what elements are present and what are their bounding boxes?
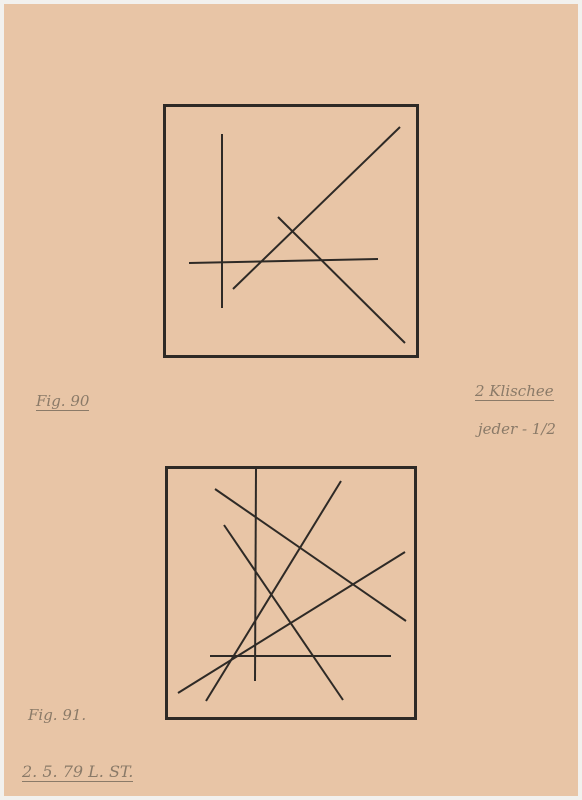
fig91-lines: [178, 468, 406, 701]
fig91-label: Fig. 91.: [28, 706, 86, 724]
annotation-bottom: 2. 5. 79 L. ST.: [22, 762, 133, 781]
fig90-lines: [189, 127, 405, 343]
annotation-right-top: 2 Klischee: [475, 382, 554, 400]
fig90-label: Fig. 90: [36, 392, 89, 410]
annotation-right-bottom: jeder - 1/2: [478, 420, 556, 438]
